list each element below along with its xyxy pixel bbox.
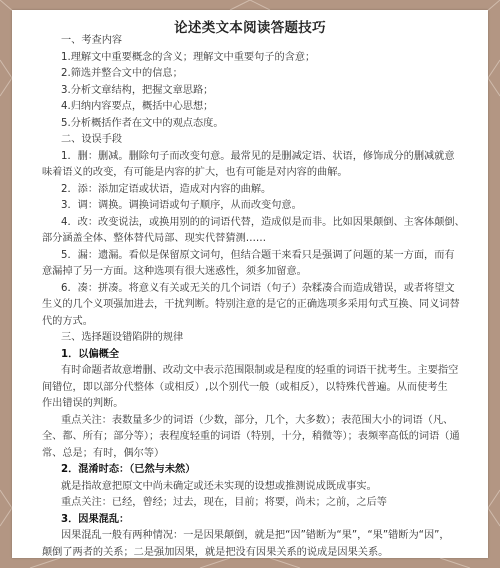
document-line: 作出错误的判断。 — [42, 397, 124, 410]
document-line: 重点关注：表数量多少的词语（少数，部分，几个，大多数）；表范围大小的词语（凡、 — [61, 414, 453, 427]
document-line: 1．删：删减。删除句子而改变句意。最常见的是删减定语、状语，修饰成分的删减就意 — [61, 150, 455, 163]
document-line: 味着语义的改变，有可能是内容的扩大，也有可能是对内容的曲解。 — [42, 166, 348, 179]
document-line: 间错位，即以部分代整体（或相反）,以个别代一般（或相反），以特殊代普遍。从而使考… — [42, 381, 448, 394]
document-line: 4.归纳内容要点，概括中心思想； — [61, 100, 213, 113]
document-line: 2.筛选并整合文中的信息； — [61, 67, 183, 80]
document-line: 一、考查内容 — [61, 34, 122, 47]
document-line: 颠倒了两者的关系；二是强加因果，就是把没有因果关系的说成是因果关系。 — [42, 546, 388, 559]
document-line: 3．调：调换。调换词语或句子顺序，从而改变句意。 — [61, 199, 302, 212]
document-line: 三、选择题设错陷阱的规律 — [61, 331, 183, 344]
document-line: 因果混乱一般有两种情况：一是因果颠倒，就是把“因”错断为“果”，“果”错断为“因… — [61, 529, 450, 542]
section-subheading: 2．混淆时态：（已然与未然） — [61, 463, 195, 476]
document-line: 常、总是；有时，偶尔等） — [42, 447, 164, 460]
document-line: 意漏掉了另一方面。这种选项有很大迷惑性，须多加留意。 — [42, 265, 307, 278]
document-line: 就是指故意把原文中尚未确定或还未实现的设想或推测说成既成事实。 — [61, 480, 377, 493]
document-line: 二、设误手段 — [61, 133, 122, 146]
document-line: 5．漏：遗漏。看似是保留原文词句，但结合题干来看只是强调了问题的某一方面，而有 — [61, 249, 455, 262]
document-line: 5.分析概括作者在文中的观点态度。 — [61, 117, 224, 130]
document-title: 论述类文本阅读答题技巧 — [12, 16, 488, 36]
document-line: 生义的几个义项强加进去，干扰判断。特别注意的是它的正确选项多采用句式互换、同义词… — [42, 298, 460, 311]
section-subheading: 3．因果混乱： — [61, 513, 129, 526]
document-line: 重点关注：已经，曾经；过去，现在，目前；将要，尚未；之前，之后等 — [61, 496, 387, 509]
document-line: 代的方式。 — [42, 315, 93, 328]
section-subheading: 1．以偏概全 — [61, 348, 119, 361]
document-line: 部分涵盖全体、整体替代局部、现实代替猜测…… — [42, 232, 266, 245]
document-line: 有时命题者故意增删、改动文中表示范围限制或是程度的轻重的词语干扰考生。主要指空 — [61, 364, 458, 377]
document-line: 4．改：改变说法，或换用别的的词语代替，造成似是而非。比如因果颠倒、主客体颠倒、 — [61, 216, 465, 229]
document-line: 6．凑：拼凑。将意义有关或无关的几个词语（句子）杂糅凑合而造成错误，或者将望文 — [61, 282, 455, 295]
document-page: 论述类文本阅读答题技巧 一、考查内容1.理解文中重要概念的含义；理解文中重要句子… — [12, 10, 488, 558]
document-line: 1.理解文中重要概念的含义；理解文中重要句子的含意； — [61, 51, 315, 64]
document-line: 全、都、所有；部分等）；表程度轻重的词语（特别，十分，稍微等）；表频率高低的词语… — [42, 430, 460, 443]
document-line: 3.分析文章结构，把握文章思路； — [61, 84, 213, 97]
document-line: 2．添：添加定语或状语，造成对内容的曲解。 — [61, 183, 271, 196]
